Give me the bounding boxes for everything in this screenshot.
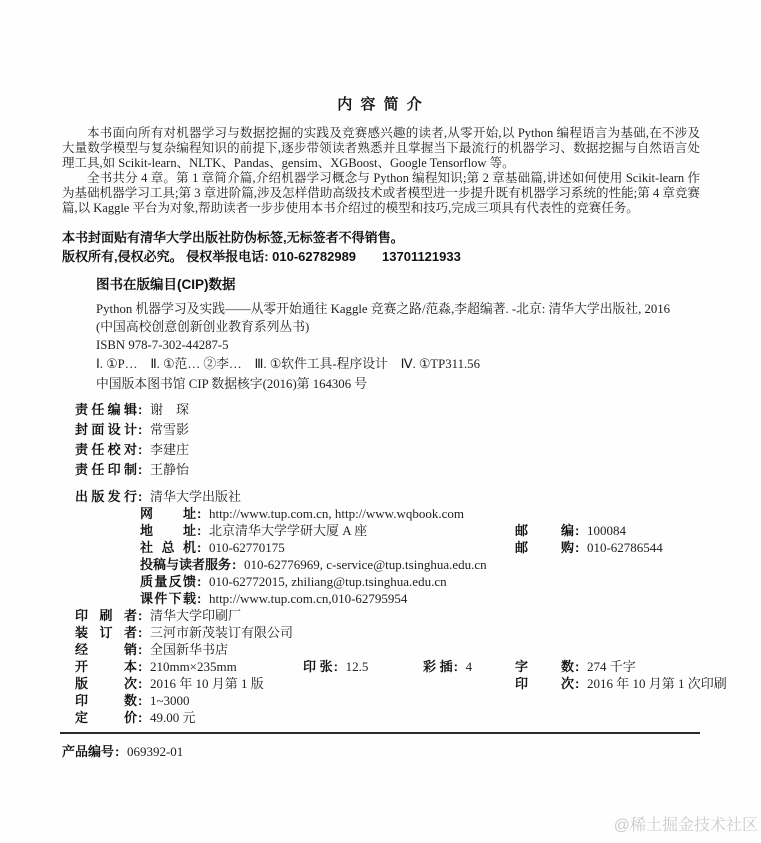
copyright-hotline-line: 版权所有,侵权必究。 侵权举报电话: 010-62782989 13701121… [62, 247, 761, 266]
cip-heading: 图书在版编目(CIP)数据 [96, 277, 761, 293]
field-value: 010-62772015, zhiliang@tup.tsinghua.edu.… [196, 574, 447, 589]
field-label: 质量反馈 [140, 573, 196, 590]
credit-label: 责任印制 [75, 460, 137, 480]
binder-row: 装订者三河市新茂装订有限公司 [75, 624, 761, 641]
field-value: 北京清华大学学研大厦 A 座 [196, 523, 367, 538]
cip-data-block: 图书在版编目(CIP)数据 Python 机器学习及实践——从零开始通往 Kag… [96, 277, 761, 392]
field-label: 版次 [75, 675, 137, 692]
price-row: 定价49.00 元 [75, 709, 761, 726]
cip-classification: Ⅰ. ①P… Ⅱ. ①范… ②李… Ⅲ. ①软件工具-程序设计 Ⅳ. ①TP31… [96, 357, 761, 372]
field-value: 12.5 [333, 659, 369, 674]
credit-row-proofreader: 责任校对李建庄 [75, 440, 761, 460]
field-label: 社总机 [140, 539, 196, 556]
field-label: 出版发行 [75, 488, 137, 505]
field-label: 字数 [515, 658, 574, 675]
field-value: 1~3000 [137, 693, 190, 708]
field-value: 2016 年 10 月第 1 次印刷 [574, 676, 727, 691]
field-value: 010-62786544 [574, 540, 663, 555]
field-value: http://www.tup.com.cn, http://www.wqbook… [196, 506, 464, 521]
field-label: 定价 [75, 709, 137, 726]
field-value: 全国新华书店 [137, 642, 228, 657]
community-watermark: @稀土掘金技术社区 [614, 812, 758, 835]
product-code-label: 产品编号 [62, 744, 114, 759]
courseware-download-row: 课件下载http://www.tup.com.cn,010-62795954 [75, 590, 761, 607]
field-label: 印 张 [303, 658, 333, 675]
field-label: 经销 [75, 641, 137, 658]
field-label: 开本 [75, 658, 137, 675]
field-label: 彩 插 [423, 658, 453, 675]
field-value: 2016 年 10 月第 1 版 [137, 676, 264, 691]
publishing-info-block: 出版发行清华大学出版社 网址http://www.tup.com.cn, htt… [75, 488, 761, 726]
credit-value: 李建庄 [137, 442, 189, 457]
field-label: 地址 [140, 522, 196, 539]
word-count-field: 字数274 千字 [515, 658, 636, 675]
credit-value: 王静怡 [137, 462, 189, 477]
cip-record-number: 中国版本图书馆 CIP 数据核字(2016)第 164306 号 [96, 377, 761, 392]
quality-feedback-row: 质量反馈010-62772015, zhiliang@tup.tsinghua.… [75, 573, 761, 590]
book-copyright-page: 内 容 简 介 本书面向所有对机器学习与数据挖掘的实践及竞赛感兴趣的读者,从零开… [0, 0, 761, 843]
credit-value: 常雪影 [137, 422, 189, 437]
address-row: 地址北京清华大学学研大厦 A 座 邮编100084 [75, 522, 761, 539]
credit-row-editor: 责任编辑谢 琛 [75, 400, 761, 420]
intro-paragraph-1: 本书面向所有对机器学习与数据挖掘的实践及竞赛感兴趣的读者,从零开始,以 Pyth… [62, 126, 700, 171]
field-label: 邮购 [515, 539, 574, 556]
cip-series: (中国高校创意创新创业教育系列丛书) [96, 320, 761, 335]
postcode-field: 邮编100084 [515, 522, 626, 539]
field-label: 印数 [75, 692, 137, 709]
credit-label: 封面设计 [75, 420, 137, 440]
anti-piracy-notice: 本书封面贴有清华大学出版社防伪标签,无标签者不得销售。 版权所有,侵权必究。 侵… [62, 228, 761, 266]
edition-row: 版次2016 年 10 月第 1 版 印次2016 年 10 月第 1 次印刷 [75, 675, 761, 692]
field-value: http://www.tup.com.cn,010-62795954 [196, 591, 407, 606]
field-value: 100084 [574, 523, 626, 538]
mail-order-field: 邮购010-62786544 [515, 539, 663, 556]
print-run-row: 印数1~3000 [75, 692, 761, 709]
printer-row: 印刷者清华大学印刷厂 [75, 607, 761, 624]
credit-value: 谢 琛 [137, 402, 189, 417]
field-value: 210mm×235mm [137, 659, 237, 674]
field-label: 印次 [515, 675, 574, 692]
credit-row-print-supervisor: 责任印制王静怡 [75, 460, 761, 480]
field-value: 49.00 元 [137, 710, 195, 725]
field-label: 网址 [140, 505, 196, 522]
credit-row-cover-design: 封面设计常雪影 [75, 420, 761, 440]
impression-field: 印次2016 年 10 月第 1 次印刷 [515, 675, 727, 692]
field-label: 印刷者 [75, 607, 137, 624]
cip-isbn: ISBN 978-7-302-44287-5 [96, 338, 761, 353]
format-row: 开本210mm×235mm 印 张12.5 彩 插4 字数274 千字 [75, 658, 761, 675]
field-label: 装订者 [75, 624, 137, 641]
sheets-field: 印 张12.5 [303, 658, 368, 675]
field-value: 4 [453, 659, 472, 674]
field-value: 010-62770175 [196, 540, 285, 555]
field-value: 010-62776969, c-service@tup.tsinghua.edu… [231, 557, 487, 572]
page-title: 内 容 简 介 [0, 97, 761, 113]
credit-label: 责任编辑 [75, 400, 137, 420]
field-value: 三河市新茂装订有限公司 [137, 625, 293, 640]
credit-label: 责任校对 [75, 440, 137, 460]
staff-credits: 责任编辑谢 琛 封面设计常雪影 责任校对李建庄 责任印制王静怡 [75, 400, 761, 480]
anti-counterfeit-line: 本书封面贴有清华大学出版社防伪标签,无标签者不得销售。 [62, 228, 761, 247]
website-row: 网址http://www.tup.com.cn, http://www.wqbo… [75, 505, 761, 522]
switchboard-row: 社总机010-62770175 邮购010-62786544 [75, 539, 761, 556]
divider-rule [60, 732, 700, 734]
intro-paragraph-2: 全书共分 4 章。第 1 章简介篇,介绍机器学习概念与 Python 编程知识;… [62, 171, 700, 216]
field-value: 清华大学印刷厂 [137, 608, 241, 623]
publisher-row: 出版发行清华大学出版社 [75, 488, 761, 505]
field-label: 课件下载 [140, 590, 196, 607]
cip-entry: Python 机器学习及实践——从零开始通往 Kaggle 竞赛之路/范淼,李超… [96, 302, 761, 317]
field-value: 清华大学出版社 [137, 489, 241, 504]
color-inserts-field: 彩 插4 [423, 658, 472, 675]
distributor-row: 经销全国新华书店 [75, 641, 761, 658]
field-value: 274 千字 [574, 659, 636, 674]
product-code-value: 069392-01 [114, 744, 183, 759]
content-summary: 本书面向所有对机器学习与数据挖掘的实践及竞赛感兴趣的读者,从零开始,以 Pyth… [62, 126, 700, 216]
field-label: 投稿与读者服务 [140, 556, 231, 573]
reader-service-row: 投稿与读者服务010-62776969, c-service@tup.tsing… [75, 556, 761, 573]
product-code-row: 产品编号069392-01 [62, 744, 761, 759]
field-label: 邮编 [515, 522, 574, 539]
